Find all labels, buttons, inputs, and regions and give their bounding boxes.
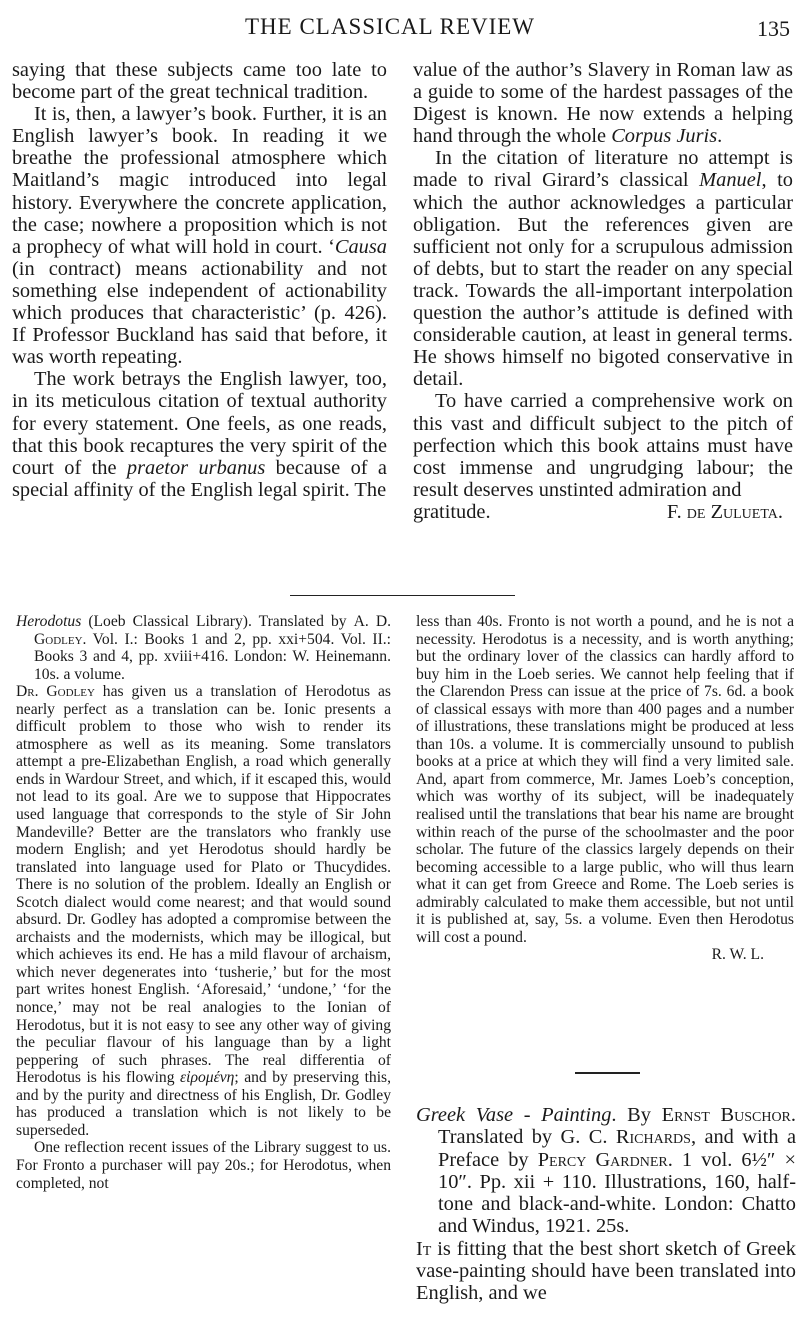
paragraph-text: has given us a translation of Herodotus … [16,683,391,1086]
upper-right-column: value of the author’s Slavery in Roman l… [413,59,793,523]
open-quote: ‘ [328,236,335,258]
reviewer-signature: R. W. L. [416,946,794,964]
journal-title: THE CLASSICAL REVIEW [245,14,535,40]
book-title: Greek Vase - Painting [416,1104,611,1126]
paragraph: It is, then, a lawyer’s book. Further, i… [12,103,387,368]
upper-left-column: saying that these subjects came too late… [12,59,387,501]
paragraph: saying that these subjects came too late… [12,59,387,103]
author-name: Ernst Buschor [662,1104,791,1126]
paragraph-text: . [717,125,722,147]
paragraph-text: , to which the author acknowledges a par… [413,169,793,390]
paragraph: One reflection recent issues of the Libr… [16,1139,391,1192]
italic-term-praetor: praetor urbanus [127,457,265,479]
review-heading: Herodotus (Loeb Classical Library). Tran… [16,613,391,683]
signature-line: gratitude. F. de Zulueta. [413,501,793,523]
italic-term-causa: Causa [335,236,387,258]
paragraph: less than 40s. Fronto is not worth a pou… [416,613,794,946]
section-divider [290,595,515,596]
herodotus-review-right: less than 40s. Fronto is not worth a pou… [416,613,794,964]
paragraph-text: the [92,457,127,479]
paragraph-text: It is, then, a lawyer’s book. Further, i… [12,103,387,258]
paragraph-text: gratitude. [413,501,491,523]
paragraph-text: value of the author’s Slavery in Roman l… [413,59,793,147]
paragraph: The work betrays the English lawyer, too… [12,368,387,501]
herodotus-review-left: Herodotus (Loeb Classical Library). Tran… [16,613,391,1192]
section-divider-short [575,1072,640,1074]
paragraph: It is fitting that the best short sketch… [416,1238,796,1305]
heading-text: . By [611,1104,661,1126]
page-number: 135 [757,16,790,42]
italic-term: Manuel [699,169,761,191]
running-head: THE CLASSICAL REVIEW 135 [0,14,800,44]
review-heading: Greek Vase - Painting. By Ernst Buschor.… [416,1104,796,1238]
greek-word: εἰρομένη [180,1069,234,1086]
paragraph: To have carried a comprehensive work on … [413,390,793,500]
journal-page: THE CLASSICAL REVIEW 135 saying that the… [0,0,800,1320]
translator-name: Richards [616,1126,691,1148]
paragraph: value of the author’s Slavery in Roman l… [413,59,793,147]
book-title: Herodotus [16,613,81,630]
heading-text: (Loeb Classical Library). Translated by [81,613,353,630]
lead-in: Dr. Godley [16,683,95,700]
greek-vase-review: Greek Vase - Painting. By Ernst Buschor.… [416,1104,796,1305]
heading-text: . Vol. I.: Books 1 and 2, pp. xxi+504. V… [34,631,391,683]
paragraph: In the citation of literature no attempt… [413,147,793,390]
preface-author: Percy Gardner [538,1149,668,1171]
paragraph: Dr. Godley has given us a translation of… [16,683,391,1139]
paragraph-text: is fitting that the best short sketch of… [416,1238,796,1305]
lead-in: It [416,1238,431,1260]
reviewer-signature: F. de Zulueta. [667,501,783,523]
italic-term: Corpus Juris [611,125,717,147]
paragraph-text: (in contract) means actionability [12,258,317,280]
